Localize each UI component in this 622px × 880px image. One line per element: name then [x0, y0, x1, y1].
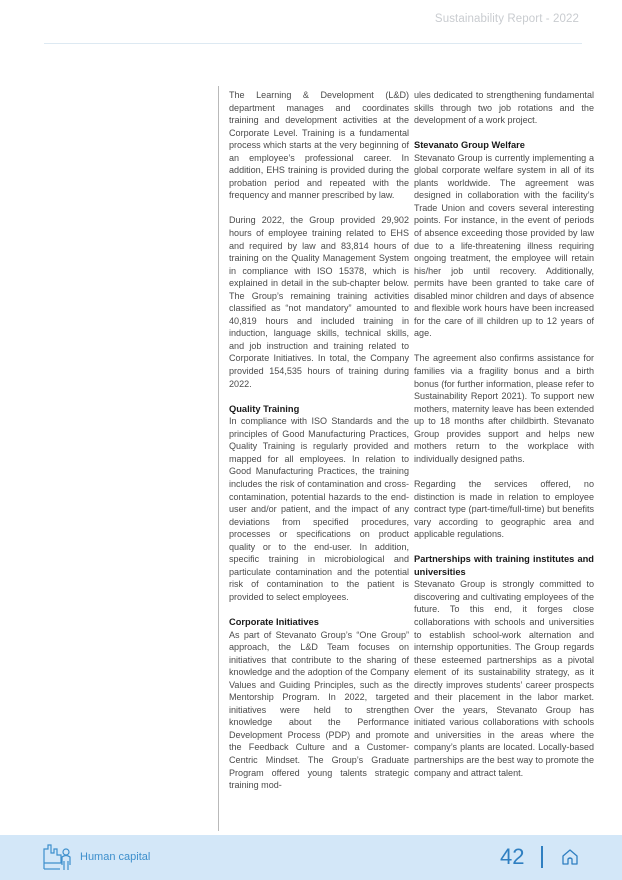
right-column: ules dedicated to strengthening fundamen… [414, 89, 594, 792]
human-capital-icon [42, 843, 74, 871]
continuation-text: ules dedicated to strengthening fundamen… [414, 89, 594, 127]
services-paragraph: Regarding the services offered, no disti… [414, 478, 594, 541]
page-number: 42 [500, 845, 524, 869]
corporate-initiatives-body: As part of Stevanato Group’s “One Group”… [229, 629, 409, 797]
quality-training-heading: Quality Training [229, 403, 409, 416]
quality-training-body: In compliance with ISO Standards and the… [229, 415, 409, 603]
column-rule [218, 86, 219, 831]
footer-bar: Human capital 42 [0, 835, 622, 880]
section-label: Human capital [80, 851, 150, 863]
header-title: Sustainability Report - 2022 [435, 13, 579, 25]
welfare-heading: Stevanato Group Welfare [414, 139, 594, 152]
training-hours-paragraph: During 2022, the Group provided 29,902 h… [229, 214, 409, 390]
corporate-initiatives-continuation: ules dedicated to strengthening fundamen… [414, 89, 594, 127]
corporate-initiatives-heading: Corporate Initiatives [229, 616, 409, 629]
partnerships-heading: Partnerships with training institutes an… [414, 553, 594, 578]
agreement-paragraph: The agreement also confirms assistance f… [414, 352, 594, 465]
home-icon[interactable] [561, 848, 579, 866]
corporate-initiatives-text: As part of Stevanato Group’s “One Group”… [229, 630, 409, 791]
left-column: The Learning & Development (L&D) departm… [229, 89, 409, 797]
partnerships-body: Stevanato Group is strongly committed to… [414, 578, 594, 779]
footer-separator [541, 846, 543, 868]
intro-paragraph: The Learning & Development (L&D) departm… [229, 89, 409, 202]
welfare-body: Stevanato Group is currently implementin… [414, 152, 594, 340]
header-divider [44, 43, 582, 44]
